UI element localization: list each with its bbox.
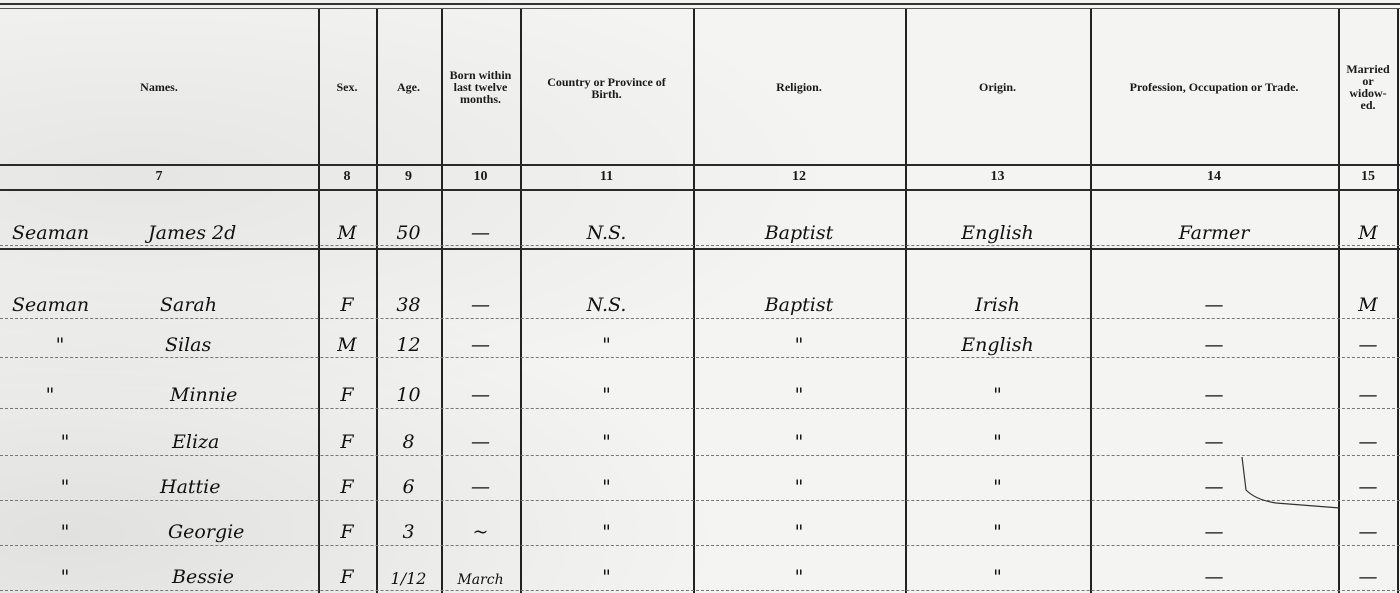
age-cell: 6 (376, 468, 441, 498)
born-last-12-cell: March (441, 558, 520, 588)
sex-cell: F (318, 286, 376, 316)
header-country-of-birth: Country or Province of Birth. (520, 10, 693, 163)
row-rule (0, 318, 1400, 319)
sex-cell: F (318, 468, 376, 498)
surname-cell: " (30, 376, 70, 406)
header-occupation: Profession, Occupation or Trade. (1090, 10, 1338, 163)
origin-cell: English (905, 212, 1090, 244)
surname-cell: " (45, 423, 85, 453)
birthplace-cell: " (520, 423, 693, 453)
sex-cell: M (318, 212, 376, 244)
religion-cell: " (693, 468, 905, 498)
top-rule (0, 3, 1400, 5)
age-cell: 10 (376, 376, 441, 406)
married-cell: — (1338, 513, 1398, 543)
census-page: Names. Sex. Age. Born within last twelve… (0, 0, 1400, 593)
religion-cell: " (693, 513, 905, 543)
sex-cell: F (318, 423, 376, 453)
married-cell: — (1338, 558, 1398, 588)
occupation-cell: — (1090, 286, 1338, 316)
given-name-cell: Bessie (172, 558, 312, 588)
column-number-15: 15 (1338, 166, 1398, 188)
given-name-cell: Georgie (168, 513, 313, 543)
surname-cell: " (45, 468, 85, 498)
column-number-11: 11 (520, 166, 693, 188)
birthplace-cell: N.S. (520, 212, 693, 244)
born-last-12-cell: — (441, 212, 520, 244)
age-cell: 1/12 (376, 558, 441, 588)
age-cell: 8 (376, 423, 441, 453)
header-religion: Religion. (693, 10, 905, 163)
row-rule (0, 357, 1400, 358)
row-rule (0, 545, 1400, 546)
header-married-or-widowed: Married or widow-ed. (1338, 10, 1398, 163)
born-last-12-cell: — (441, 376, 520, 406)
birthplace-cell: " (520, 468, 693, 498)
surname-cell: Seaman (12, 286, 132, 316)
given-name-cell: Hattie (160, 468, 310, 498)
header-born-last-twelve-months: Born within last twelve months. (441, 10, 520, 163)
pen-mark (1236, 455, 1346, 515)
row-rule (0, 408, 1400, 409)
given-name-cell: Minnie (170, 376, 315, 406)
origin-cell: " (905, 468, 1090, 498)
given-name-cell: Silas (165, 326, 315, 356)
married-cell: — (1338, 326, 1398, 356)
header-age: Age. (376, 10, 441, 163)
header-origin: Origin. (905, 10, 1090, 163)
sex-cell: F (318, 558, 376, 588)
born-last-12-cell: — (441, 286, 520, 316)
occupation-cell: — (1090, 326, 1338, 356)
age-cell: 38 (376, 286, 441, 316)
origin-cell: " (905, 423, 1090, 453)
birthplace-cell: " (520, 326, 693, 356)
sex-cell: M (318, 326, 376, 356)
surname-cell: " (45, 513, 85, 543)
religion-cell: Baptist (693, 212, 905, 244)
age-cell: 50 (376, 212, 441, 244)
row-rule (0, 245, 1400, 246)
origin-cell: Irish (905, 286, 1090, 316)
column-number-8: 8 (318, 166, 376, 188)
occupation-cell: Farmer (1090, 212, 1338, 244)
column-number-10: 10 (441, 166, 520, 188)
birthplace-cell: N.S. (520, 286, 693, 316)
column-number-14: 14 (1090, 166, 1338, 188)
married-cell: — (1338, 376, 1398, 406)
column-number-12: 12 (693, 166, 905, 188)
row-rule (0, 590, 1400, 591)
religion-cell: " (693, 558, 905, 588)
given-name-cell: Eliza (172, 423, 312, 453)
married-cell: — (1338, 423, 1398, 453)
origin-cell: " (905, 558, 1090, 588)
given-name-cell: Sarah (160, 286, 318, 316)
given-name-cell: James 2d (148, 212, 318, 244)
occupation-cell: — (1090, 558, 1338, 588)
age-cell: 3 (376, 513, 441, 543)
header-names: Names. (0, 10, 318, 163)
married-cell: M (1338, 286, 1398, 316)
age-cell: 12 (376, 326, 441, 356)
occupation-cell: — (1090, 423, 1338, 453)
born-last-12-cell: — (441, 326, 520, 356)
row-rule (0, 455, 1400, 456)
occupation-cell: — (1090, 376, 1338, 406)
number-row-bottom-rule (0, 189, 1400, 191)
column-number-13: 13 (905, 166, 1090, 188)
origin-cell: " (905, 513, 1090, 543)
born-last-12-cell: — (441, 468, 520, 498)
surname-cell: Seaman (12, 212, 132, 244)
born-last-12-cell: — (441, 423, 520, 453)
religion-cell: " (693, 326, 905, 356)
sex-cell: F (318, 513, 376, 543)
surname-cell: " (40, 326, 80, 356)
married-cell: — (1338, 468, 1398, 498)
header-sex: Sex. (318, 10, 376, 163)
column-number-7: 7 (0, 166, 318, 188)
born-last-12-cell: ~ (441, 513, 520, 543)
occupation-cell: — (1090, 513, 1338, 543)
row-rule (0, 248, 1400, 250)
origin-cell: " (905, 376, 1090, 406)
top-rule-thin (0, 8, 1400, 9)
surname-cell: " (45, 558, 85, 588)
sex-cell: F (318, 376, 376, 406)
birthplace-cell: " (520, 513, 693, 543)
religion-cell: " (693, 423, 905, 453)
birthplace-cell: " (520, 376, 693, 406)
origin-cell: English (905, 326, 1090, 356)
religion-cell: " (693, 376, 905, 406)
birthplace-cell: " (520, 558, 693, 588)
row-rule (0, 500, 1400, 501)
column-number-9: 9 (376, 166, 441, 188)
married-cell: M (1338, 212, 1398, 244)
religion-cell: Baptist (693, 286, 905, 316)
